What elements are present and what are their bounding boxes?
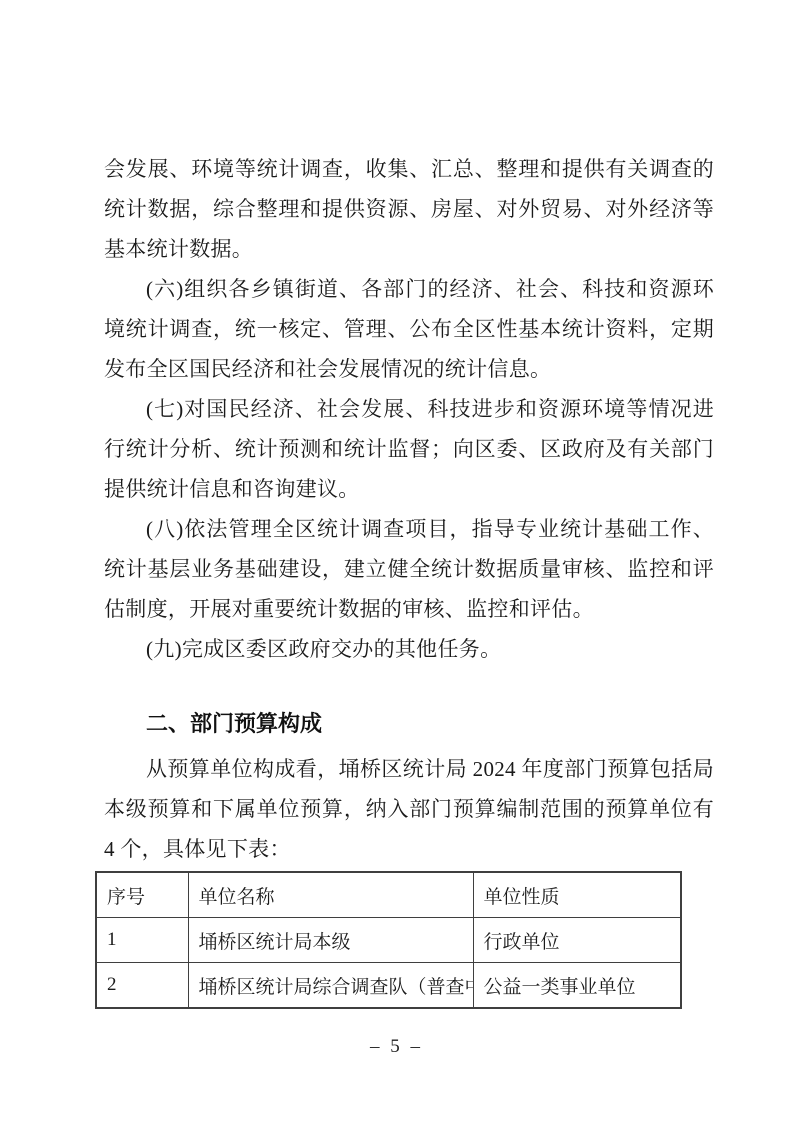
body-paragraph-item-7: (七)对国民经济、社会发展、科技进步和资源环境等情况进行统计分析、统计预测和统计…	[104, 389, 714, 509]
table-header-row: 序号 单位名称 单位性质	[96, 872, 681, 918]
section-heading: 二、部门预算构成	[104, 709, 714, 739]
table-row: 1 埇桥区统计局本级 行政单位	[96, 918, 681, 963]
table-row: 2 埇桥区统计局综合调查队（普查中心） 公益一类事业单位	[96, 963, 681, 1009]
intro-paragraph: 从预算单位构成看，埇桥区统计局 2024 年度部门预算包括局本级预算和下属单位预…	[104, 749, 714, 869]
document-page: 会发展、环境等统计调查，收集、汇总、整理和提供有关调查的统计数据，综合整理和提供…	[0, 0, 793, 1122]
body-paragraph-item-9: (九)完成区委区政府交办的其他任务。	[104, 629, 714, 669]
table-cell-index: 1	[96, 918, 188, 963]
table-cell-unit-name: 埇桥区统计局本级	[188, 918, 473, 963]
table-cell-unit-type: 行政单位	[473, 918, 681, 963]
body-paragraph-item-6: (六)组织各乡镇街道、各部门的经济、社会、科技和资源环境统计调查，统一核定、管理…	[104, 269, 714, 389]
table-cell-unit-type: 公益一类事业单位	[473, 963, 681, 1009]
table-header-cell-unit-type: 单位性质	[473, 872, 681, 918]
body-paragraph-item-8: (八)依法管理全区统计调查项目，指导专业统计基础工作、统计基层业务基础建设，建立…	[104, 509, 714, 629]
body-paragraph-continued: 会发展、环境等统计调查，收集、汇总、整理和提供有关调查的统计数据，综合整理和提供…	[104, 149, 714, 269]
page-number: – 5 –	[0, 1036, 793, 1058]
budget-units-table: 序号 单位名称 单位性质 1 埇桥区统计局本级 行政单位 2 埇桥区统计局综合调…	[95, 871, 682, 1009]
page-content: 会发展、环境等统计调查，收集、汇总、整理和提供有关调查的统计数据，综合整理和提供…	[104, 149, 714, 1009]
table-cell-index: 2	[96, 963, 188, 1009]
table-cell-unit-name: 埇桥区统计局综合调查队（普查中心）	[188, 963, 473, 1009]
table-header-cell-index: 序号	[96, 872, 188, 918]
table-header-cell-unit-name: 单位名称	[188, 872, 473, 918]
